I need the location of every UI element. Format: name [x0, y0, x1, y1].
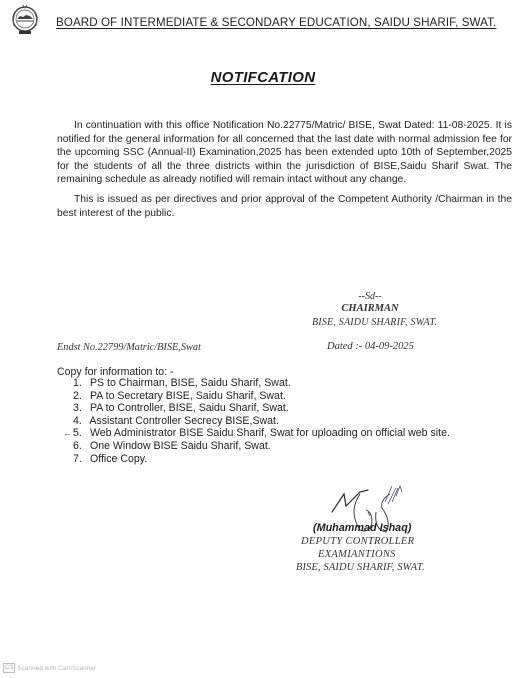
list-item: 3. PA to Controller, BISE, Saidu Sharif,…: [73, 402, 450, 415]
endorsement-number: Endst No.22799/Matric/BISE,Swat: [57, 342, 201, 353]
signer-title: DEPUTY CONTROLLER: [301, 536, 414, 547]
signer-org: BISE, SAIDU SHARIF, SWAT.: [296, 562, 425, 573]
paragraph-2-text: This is issued as per directives and pri…: [57, 194, 512, 219]
list-item: 5. Web Administrator BISE Saidu Sharif, …: [73, 427, 450, 440]
list-item: 7. Office Copy.: [73, 453, 450, 466]
paragraph-1-text: In continuation with this office Notific…: [57, 120, 512, 185]
chairman-org: BISE, SAIDU SHARIF, SWAT.: [312, 317, 437, 328]
signer-department: EXAMIANTIONS: [318, 549, 396, 560]
sd-mark: --Sd--: [310, 291, 430, 302]
list-item: 4. Assistant Controller Secrecy BISE,Swa…: [73, 415, 450, 428]
list-item: 1. PS to Chairman, BISE, Saidu Sharif, S…: [73, 377, 450, 390]
camscanner-watermark: CS Scanned with CamScanner: [3, 663, 96, 673]
camscanner-logo-icon: CS: [3, 663, 15, 673]
board-emblem-icon: [8, 4, 42, 38]
board-name-header: BOARD OF INTERMEDIATE & SECONDARY EDUCAT…: [56, 16, 496, 29]
signer-name: (Muhammad Ishaq): [313, 522, 411, 534]
watermark-text: Scanned with CamScanner: [17, 665, 96, 672]
notification-paragraph-1: In continuation with this office Notific…: [57, 119, 512, 187]
list-item: 6. One Window BISE Saidu Sharif, Swat.: [73, 440, 450, 453]
endorsement-date: Dated :- 04-09-2025: [327, 341, 414, 352]
copy-list: 1. PS to Chairman, BISE, Saidu Sharif, S…: [73, 377, 450, 465]
handwritten-tick-icon: ←: [63, 428, 72, 438]
notification-paragraph-2: This is issued as per directives and pri…: [57, 193, 512, 220]
chairman-title: CHAIRMAN: [310, 303, 430, 314]
notification-title: NOTIFCATION: [0, 69, 526, 86]
list-item: 2. PA to Secretary BISE, Saidu Sharif, S…: [73, 390, 450, 403]
